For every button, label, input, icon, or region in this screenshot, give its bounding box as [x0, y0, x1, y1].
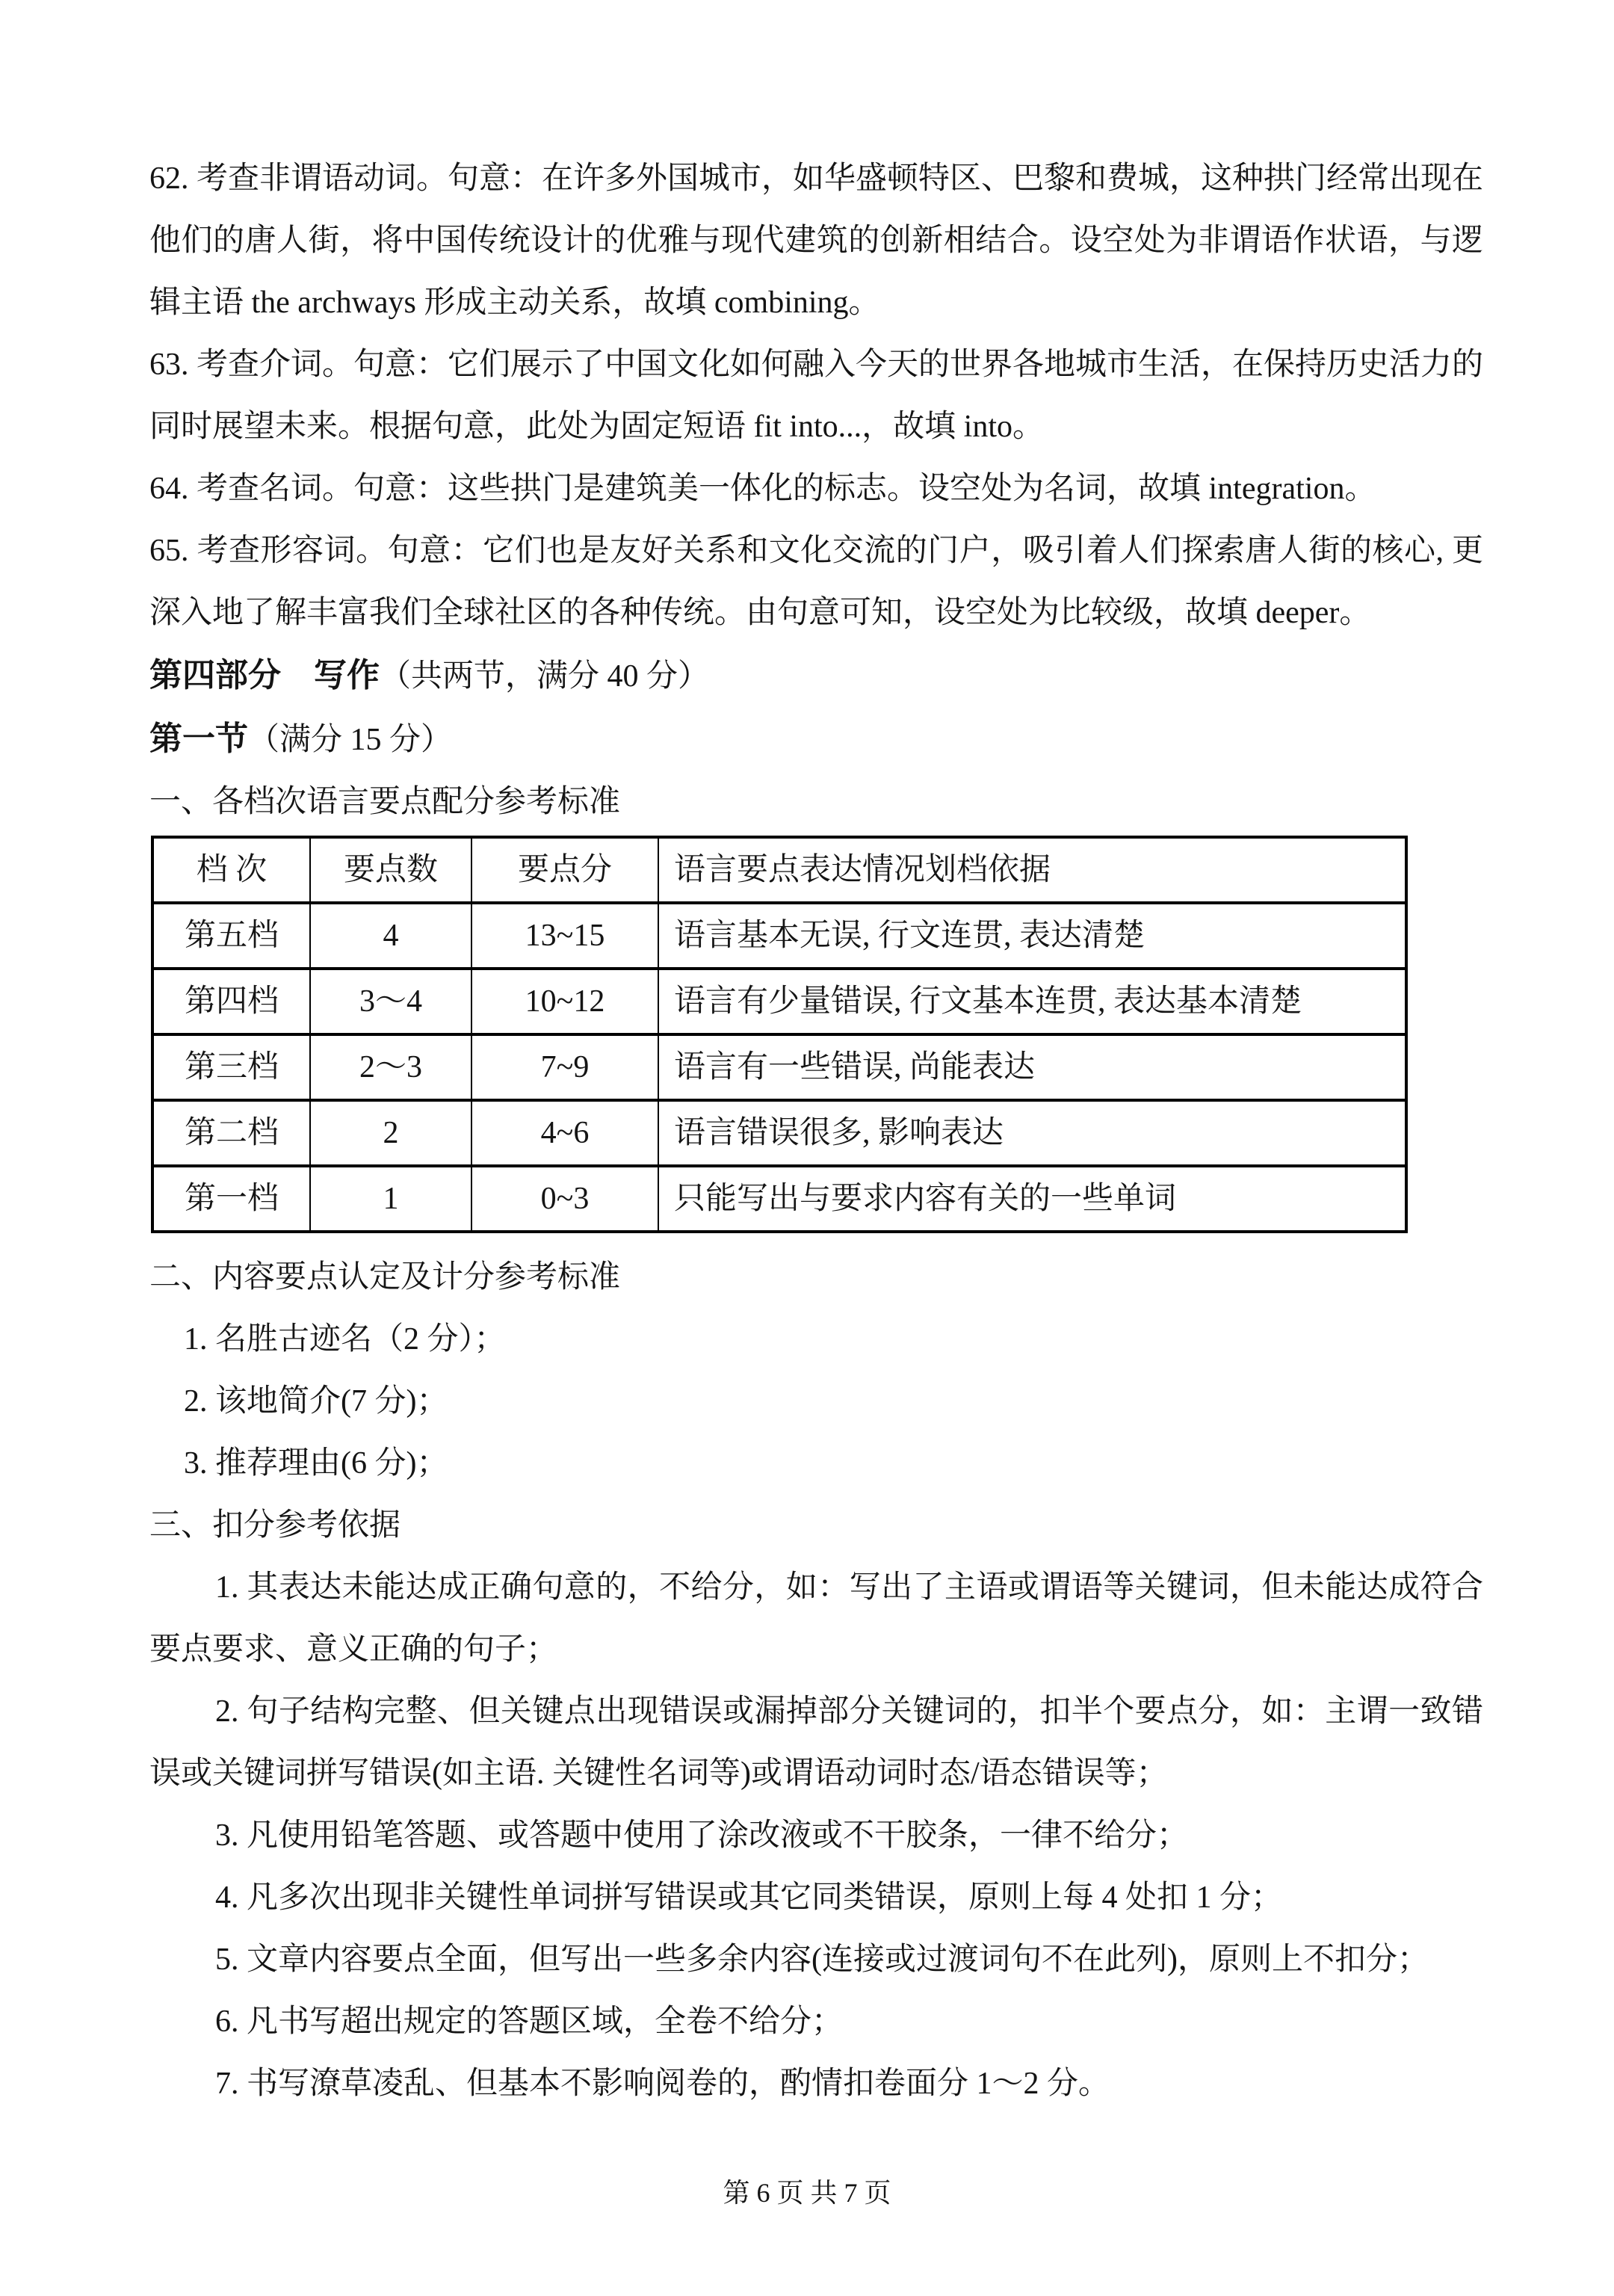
part4-heading: 第四部分 写作（共两节，满分 40 分） — [149, 644, 1483, 708]
cell-grade: 第二档 — [152, 1100, 310, 1166]
cell-point-count: 2 — [310, 1100, 471, 1166]
content-criteria-item-2: 2. 该地简介(7 分)； — [149, 1371, 1483, 1433]
cell-basis: 语言错误很多, 影响表达 — [658, 1100, 1406, 1166]
content-criteria-heading: 二、内容要点认定及计分参考标准 — [149, 1247, 1483, 1309]
table-row-grade4: 第四档 3～4 10~12 语言有少量错误, 行文基本连贯, 表达基本清楚 — [152, 969, 1406, 1034]
part4-heading-title: 第四部分 写作 — [149, 657, 380, 694]
cell-grade: 第五档 — [152, 903, 310, 969]
explanation-65: 65. 考查形容词。句意：它们也是友好关系和文化交流的门户，吸引着人们探索唐人街… — [149, 520, 1483, 644]
header-cell-point-score: 要点分 — [471, 837, 658, 903]
cell-point-score: 0~3 — [471, 1166, 658, 1232]
table-row-grade1: 第一档 1 0~3 只能写出与要求内容有关的一些单词 — [152, 1166, 1406, 1232]
cell-basis: 语言有一些错误, 尚能表达 — [658, 1034, 1406, 1100]
page-footer: 第 6 页 共 7 页 — [0, 2176, 1614, 2209]
header-cell-grade: 档 次 — [152, 837, 310, 903]
cell-point-count: 4 — [310, 903, 471, 969]
deduction-item-5: 5. 文章内容要点全面，但写出一些多余内容(连接或过渡词句不在此列)，原则上不扣… — [149, 1929, 1483, 1991]
deduction-item-4: 4. 凡多次出现非关键性单词拼写错误或其它同类错误，原则上每 4 处扣 1 分； — [149, 1867, 1483, 1929]
table-row-grade2: 第二档 2 4~6 语言错误很多, 影响表达 — [152, 1100, 1406, 1166]
header-cell-basis: 语言要点表达情况划档依据 — [658, 837, 1406, 903]
section1-heading-note: （满分 15 分） — [248, 723, 452, 757]
cell-point-score: 13~15 — [471, 903, 658, 969]
deduction-criteria-heading: 三、扣分参考依据 — [149, 1495, 1483, 1557]
cell-basis: 只能写出与要求内容有关的一些单词 — [658, 1166, 1406, 1232]
deduction-item-6: 6. 凡书写超出规定的答题区域，全卷不给分； — [149, 1991, 1483, 2053]
cell-point-score: 10~12 — [471, 969, 658, 1034]
cell-grade: 第四档 — [152, 969, 310, 1034]
language-criteria-heading: 一、各档次语言要点配分参考标准 — [149, 771, 1483, 833]
content-criteria-item-3: 3. 推荐理由(6 分)； — [149, 1433, 1483, 1495]
cell-basis: 语言有少量错误, 行文基本连贯, 表达基本清楚 — [658, 969, 1406, 1034]
deduction-item-2: 2. 句子结构完整、但关键点出现错误或漏掉部分关键词的，扣半个要点分，如：主谓一… — [149, 1681, 1483, 1805]
deduction-item-1: 1. 其表达未能达成正确句意的，不给分，如：写出了主语或谓语等关键词，但未能达成… — [149, 1557, 1483, 1681]
table-row-grade3: 第三档 2～3 7~9 语言有一些错误, 尚能表达 — [152, 1034, 1406, 1100]
exam-answer-page: 62. 考查非谓语动词。句意：在许多外国城市，如华盛顿特区、巴黎和费城，这种拱门… — [0, 0, 1614, 2296]
table-header-row: 档 次 要点数 要点分 语言要点表达情况划档依据 — [152, 837, 1406, 903]
deduction-item-3: 3. 凡使用铅笔答题、或答题中使用了涂改液或不干胶条，一律不给分； — [149, 1805, 1483, 1867]
explanation-64: 64. 考查名词。句意：这些拱门是建筑美一体化的标志。设空处为名词，故填 int… — [149, 458, 1483, 520]
section1-heading: 第一节（满分 15 分） — [149, 708, 1483, 771]
cell-grade: 第一档 — [152, 1166, 310, 1232]
cell-point-score: 7~9 — [471, 1034, 658, 1100]
explanation-63: 63. 考查介词。句意：它们展示了中国文化如何融入今天的世界各地城市生活，在保持… — [149, 334, 1483, 458]
cell-point-count: 3～4 — [310, 969, 471, 1034]
content-criteria-item-1: 1. 名胜古迹名（2 分）； — [149, 1309, 1483, 1371]
part4-heading-note: （共两节，满分 40 分） — [380, 659, 709, 694]
header-cell-point-count: 要点数 — [310, 837, 471, 903]
table-row-grade5: 第五档 4 13~15 语言基本无误, 行文连贯, 表达清楚 — [152, 903, 1406, 969]
section1-heading-title: 第一节 — [149, 720, 248, 757]
cell-point-count: 1 — [310, 1166, 471, 1232]
answer-explanations: 62. 考查非谓语动词。句意：在许多外国城市，如华盛顿特区、巴黎和费城，这种拱门… — [149, 148, 1483, 644]
language-scoring-table: 档 次 要点数 要点分 语言要点表达情况划档依据 第五档 4 13~15 语言基… — [151, 836, 1408, 1233]
explanation-62: 62. 考查非谓语动词。句意：在许多外国城市，如华盛顿特区、巴黎和费城，这种拱门… — [149, 148, 1483, 334]
cell-point-score: 4~6 — [471, 1100, 658, 1166]
cell-point-count: 2～3 — [310, 1034, 471, 1100]
cell-grade: 第三档 — [152, 1034, 310, 1100]
deduction-item-7: 7. 书写潦草凌乱、但基本不影响阅卷的，酌情扣卷面分 1～2 分。 — [149, 2053, 1483, 2115]
cell-basis: 语言基本无误, 行文连贯, 表达清楚 — [658, 903, 1406, 969]
